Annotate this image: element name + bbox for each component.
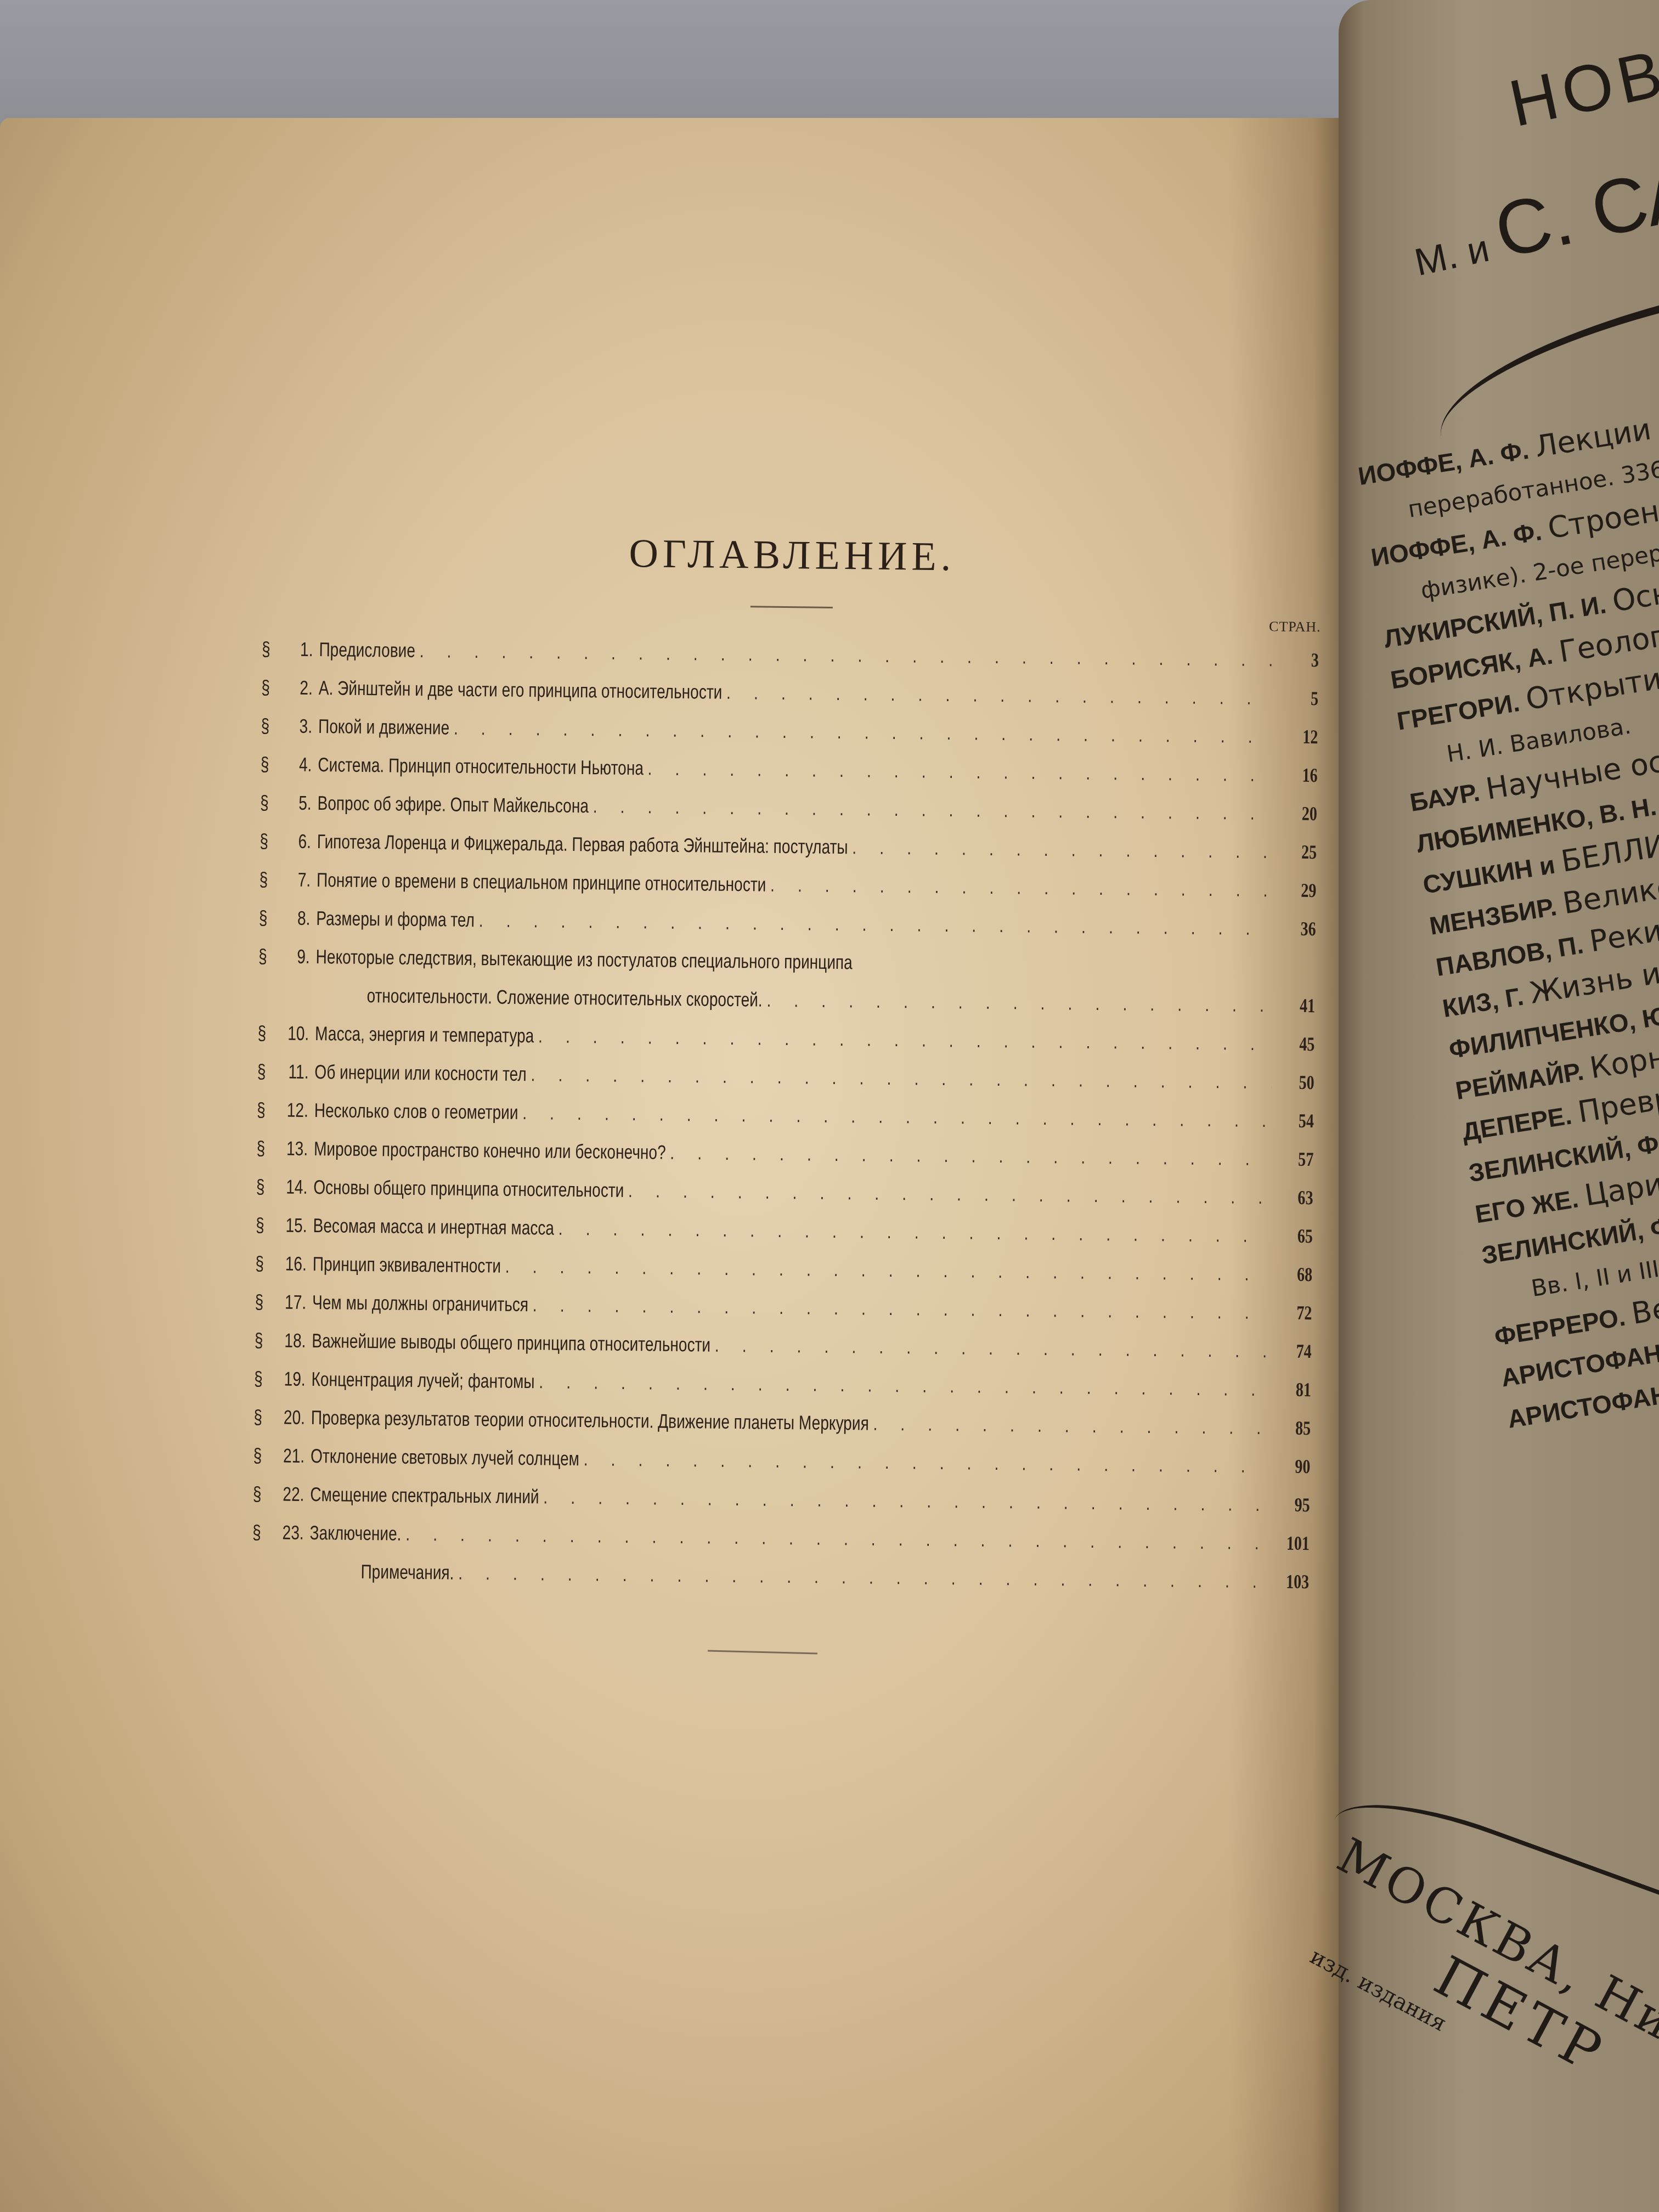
- section-symbol: §: [259, 860, 276, 899]
- toc-entry-title: А. Эйнштейн и две части его принципа отн…: [318, 669, 722, 712]
- toc-entry-number: 1.: [279, 630, 319, 669]
- toc-entry-number: 17.: [272, 1283, 312, 1322]
- toc-entry-title: Предисловие: [319, 630, 415, 670]
- toc-entry-number: 23.: [269, 1513, 310, 1552]
- toc-entry-number: 14.: [273, 1167, 314, 1206]
- section-symbol: §: [262, 630, 279, 668]
- toc-entry-page: 65: [1274, 1216, 1313, 1255]
- leader-dots: . . . . . . . . . . . . . . . . . . . . …: [592, 787, 1274, 832]
- leader-dots: . . . . . . . . . . . . . . . . . . . . …: [628, 1171, 1271, 1216]
- section-symbol: §: [259, 822, 277, 860]
- leader-dots: . . . . . . . . . . . . . . . . . . . . …: [770, 866, 1274, 910]
- toc-entry-page: 74: [1273, 1331, 1312, 1370]
- toc-entry-title: Отклонение световых лучей солнцем: [311, 1437, 580, 1478]
- toc-entry-page: 54: [1275, 1101, 1314, 1140]
- toc-entry-number: 9.: [275, 937, 316, 976]
- section-symbol: §: [255, 1283, 272, 1321]
- toc-entry-title: Гипотеза Лоренца и Фицжеральда. Первая р…: [317, 822, 848, 866]
- section-symbol: §: [258, 937, 276, 975]
- toc-entry-title: Концентрация лучей; фантомы: [311, 1360, 535, 1401]
- toc-entry-number: 21.: [270, 1436, 311, 1475]
- leader-dots: . . . . . . . . . . . . . . . . . . . . …: [558, 1209, 1271, 1255]
- ad-book-author: КИЗ, Г.: [1441, 981, 1533, 1023]
- toc-entry-page: 103: [1271, 1562, 1310, 1601]
- section-symbol: §: [261, 668, 279, 707]
- toc-entry-page: 29: [1278, 871, 1317, 910]
- toc-entry-page: 50: [1276, 1063, 1314, 1102]
- toc-title: ОГЛАВЛЕНИЕ.: [262, 527, 1322, 584]
- toc-entry-number: 16.: [272, 1244, 313, 1283]
- toc-entry-page: 16: [1279, 755, 1318, 794]
- toc-entry-title: Мировое пространство конечно или бесконе…: [314, 1130, 666, 1172]
- section-symbol: §: [260, 745, 278, 783]
- toc-entry-page: 85: [1272, 1408, 1311, 1447]
- toc-entry-page: 3: [1280, 640, 1319, 679]
- toc-entry-number: 18.: [272, 1321, 312, 1360]
- toc-list: § 1. Предисловие . . . . . . . . . . . .…: [252, 630, 1321, 1601]
- section-symbol: §: [256, 1206, 273, 1244]
- toc-entry-number: 4.: [278, 745, 318, 784]
- toc-entry-page: 81: [1272, 1370, 1311, 1409]
- leader-dots: . . . . . . . . . . . . . . . . . . . . …: [766, 981, 1272, 1025]
- toc-entry-title: Примечания.: [309, 1552, 454, 1592]
- toc-entry-title: Покой и движение: [318, 707, 450, 747]
- toc-entry-title: Смещение спектральных линий: [310, 1475, 539, 1516]
- toc-entry-title: Важнейшие выводы общего принципа относит…: [312, 1322, 711, 1364]
- toc-entry-title: относительности. Сложение относительных …: [315, 976, 763, 1019]
- toc-entry-title: Размеры и форма тел: [316, 899, 475, 939]
- leader-dots: . . . . . . . . . . . . . . . . . . . . …: [726, 673, 1276, 717]
- toc-entry-title: Чем мы должны ограничиться: [312, 1283, 529, 1324]
- leader-dots: . . . . . . . . . . . . . . . . . . . . …: [715, 1326, 1269, 1370]
- toc-entry-number: 11.: [274, 1052, 315, 1091]
- section-symbol: §: [254, 1321, 272, 1359]
- toc-entry-title: Основы общего принципа относительности: [313, 1168, 624, 1210]
- toc-entry-page: 36: [1277, 909, 1316, 948]
- toc-entry-page: 101: [1271, 1523, 1310, 1562]
- toc-entry-number: 12.: [274, 1091, 314, 1130]
- toc-entry-page: 68: [1274, 1255, 1313, 1294]
- toc-entry-number: 2.: [278, 668, 319, 707]
- section-symbol: §: [254, 1359, 272, 1398]
- toc-entry-title: Некоторые следствия, вытекающие из посту…: [315, 938, 853, 981]
- section-symbol: §: [259, 899, 276, 937]
- toc-entry-title: Несколько слов о геометрии: [314, 1091, 518, 1132]
- ad-publisher: М. иС. СА: [1403, 146, 1659, 294]
- toc-entry-page: 63: [1274, 1178, 1313, 1217]
- ad-publisher-initials: М. и: [1411, 227, 1493, 284]
- toc-entry-page: 95: [1271, 1485, 1310, 1524]
- leader-dots: . . . . . . . . . . . . . . . . . . . . …: [670, 1133, 1271, 1178]
- toc-entry-title: Проверка результатов теории относительно…: [311, 1398, 870, 1443]
- toc-entry-page: 72: [1273, 1293, 1312, 1332]
- table-of-contents: ОГЛАВЛЕНИЕ. СТРАН. § 1. Предисловие . . …: [252, 494, 1322, 1601]
- toc-entry-page: 25: [1278, 832, 1317, 871]
- leader-dots: . . . . . . . . . . . . . . . . . . . . …: [852, 828, 1274, 871]
- toc-entry-page: 90: [1272, 1447, 1311, 1486]
- section-symbol: §: [252, 1513, 270, 1551]
- section-symbol: §: [257, 1091, 274, 1129]
- section-symbol: §: [257, 1052, 275, 1091]
- toc-entry-title: Принцип эквивалентности: [312, 1245, 501, 1285]
- toc-entry-number: 8.: [276, 899, 317, 938]
- toc-entry-number: 5.: [277, 783, 318, 822]
- toc-entry-title: Понятие о времени в специальном принципе…: [317, 861, 766, 904]
- toc-entry-title: Весомая масса и инертная масса: [313, 1206, 554, 1248]
- toc-entry-number: 15.: [273, 1206, 313, 1245]
- toc-entry-page: 12: [1279, 717, 1318, 756]
- toc-entry-title: Об инерции или косности тел: [314, 1053, 527, 1093]
- ad-header: НОВ М. иС. СА: [1350, 0, 1659, 33]
- section-symbol: §: [255, 1244, 273, 1283]
- toc-entry-page: 20: [1278, 794, 1317, 833]
- ad-book-author: БАУР.: [1408, 776, 1488, 816]
- section-symbol: §: [260, 783, 278, 822]
- section-symbol: §: [256, 1129, 274, 1167]
- section-symbol: §: [261, 707, 278, 745]
- toc-entry-number: 6.: [276, 822, 317, 861]
- toc-entry-page: 45: [1276, 1024, 1315, 1063]
- toc-entry-number: 7.: [276, 860, 317, 899]
- ad-publisher-name: С. СА: [1487, 148, 1659, 274]
- section-symbol: §: [253, 1398, 271, 1436]
- toc-entry-number: 13.: [273, 1129, 314, 1168]
- toc-entry-number: 20.: [270, 1398, 311, 1437]
- leader-dots: . . . . . . . . . . . . . . . . . . . . …: [583, 1440, 1267, 1485]
- toc-entry-title: Система. Принцип относительности Ньютона: [318, 746, 644, 787]
- toc-entry-title: Заключение.: [309, 1514, 402, 1553]
- toc-entry-title: Вопрос об эфире. Опыт Майкельсона: [317, 784, 589, 825]
- section-symbol: §: [253, 1436, 270, 1475]
- toc-entry-number: 19.: [271, 1359, 312, 1398]
- section-symbol: §: [257, 1014, 275, 1052]
- section-symbol: §: [256, 1167, 273, 1206]
- toc-entry-page: 57: [1275, 1139, 1314, 1178]
- ad-heading-word: НОВ: [1503, 35, 1659, 142]
- leader-dots: . . . . . . . . . . . . . . . . . . . . …: [873, 1404, 1268, 1447]
- leader-dots: . . . . . . . . . . . . . . . . . . . . …: [647, 749, 1275, 794]
- section-symbol: §: [253, 1475, 270, 1513]
- toc-entry-number: 10.: [275, 1014, 315, 1053]
- toc-entry-page: 41: [1277, 986, 1316, 1025]
- toc-entry-number: 3.: [278, 707, 318, 746]
- toc-entry-number: 22.: [270, 1475, 311, 1514]
- toc-entry-page: 5: [1280, 679, 1319, 718]
- title-divider: [751, 606, 833, 608]
- toc-entry-title: Масса, энергия и температура: [315, 1014, 534, 1055]
